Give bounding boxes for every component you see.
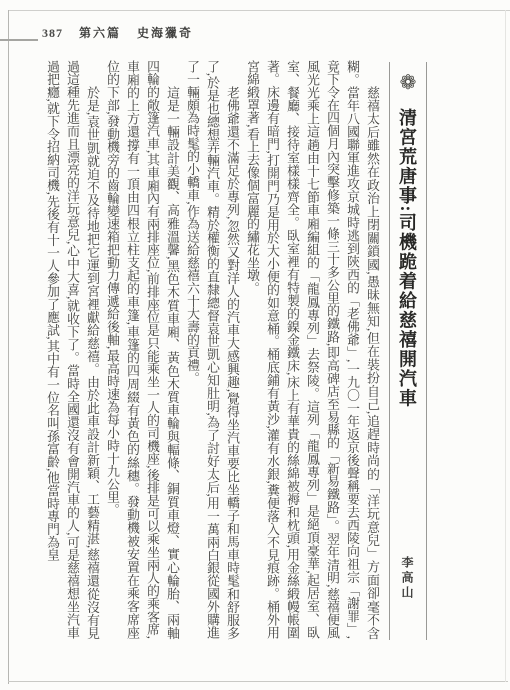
book-page: 387 第六篇 史海獵奇 ❁清宮荒唐事:司機跪着給慈禧開汽車李高山 慈禧太后雖然… [0, 0, 510, 690]
article-title-block: ❁清宮荒唐事:司機跪着給慈禧開汽車李高山 [389, 62, 427, 640]
paragraph-3: 這是一輛設計美觀、高雅溫馨,黑色木質車廂、黃色木質車輪與輻條、銅質車燈、實心輪胎… [102, 60, 182, 639]
section-title: 史海獵奇 [137, 24, 193, 41]
page-number: 387 [42, 26, 63, 41]
article-body: 慈禧太后雖然在政治上閉關鎖國,愚昧無知,但在裝扮自己,追趕時尚的「洋玩意兒」方面… [40, 60, 382, 639]
article-author: 李高山 [400, 556, 414, 601]
running-head: 387 第六篇 史海獵奇 [42, 24, 193, 41]
section-label: 第六篇 [79, 24, 121, 41]
page-edge-top [8, 10, 510, 11]
page-edge-left [8, 10, 9, 684]
page-edge-right [505, 10, 506, 682]
article-title: 清宮荒唐事:司機跪着給慈禧開汽車 [397, 108, 417, 408]
paragraph-2: 老佛爺還不滿足於專列,忽然又對洋人的汽車大感興趣,覺得坐汽車要比坐轎子和馬車時髦… [182, 60, 242, 639]
page-edge-bottom [8, 681, 508, 682]
paragraph-1: 慈禧太后雖然在政治上閉關鎖國,愚昧無知,但在裝扮自己,追趕時尚的「洋玩意兒」方面… [242, 60, 382, 639]
header-rule-tick [0, 39, 38, 41]
rosette-icon: ❁ [396, 70, 418, 94]
paragraph-4: 於是,袁世凱就迫不及待地把它運到宮裡獻給慈禧。由於此車設計新穎、工藝精湛,慈禧還… [42, 60, 102, 639]
